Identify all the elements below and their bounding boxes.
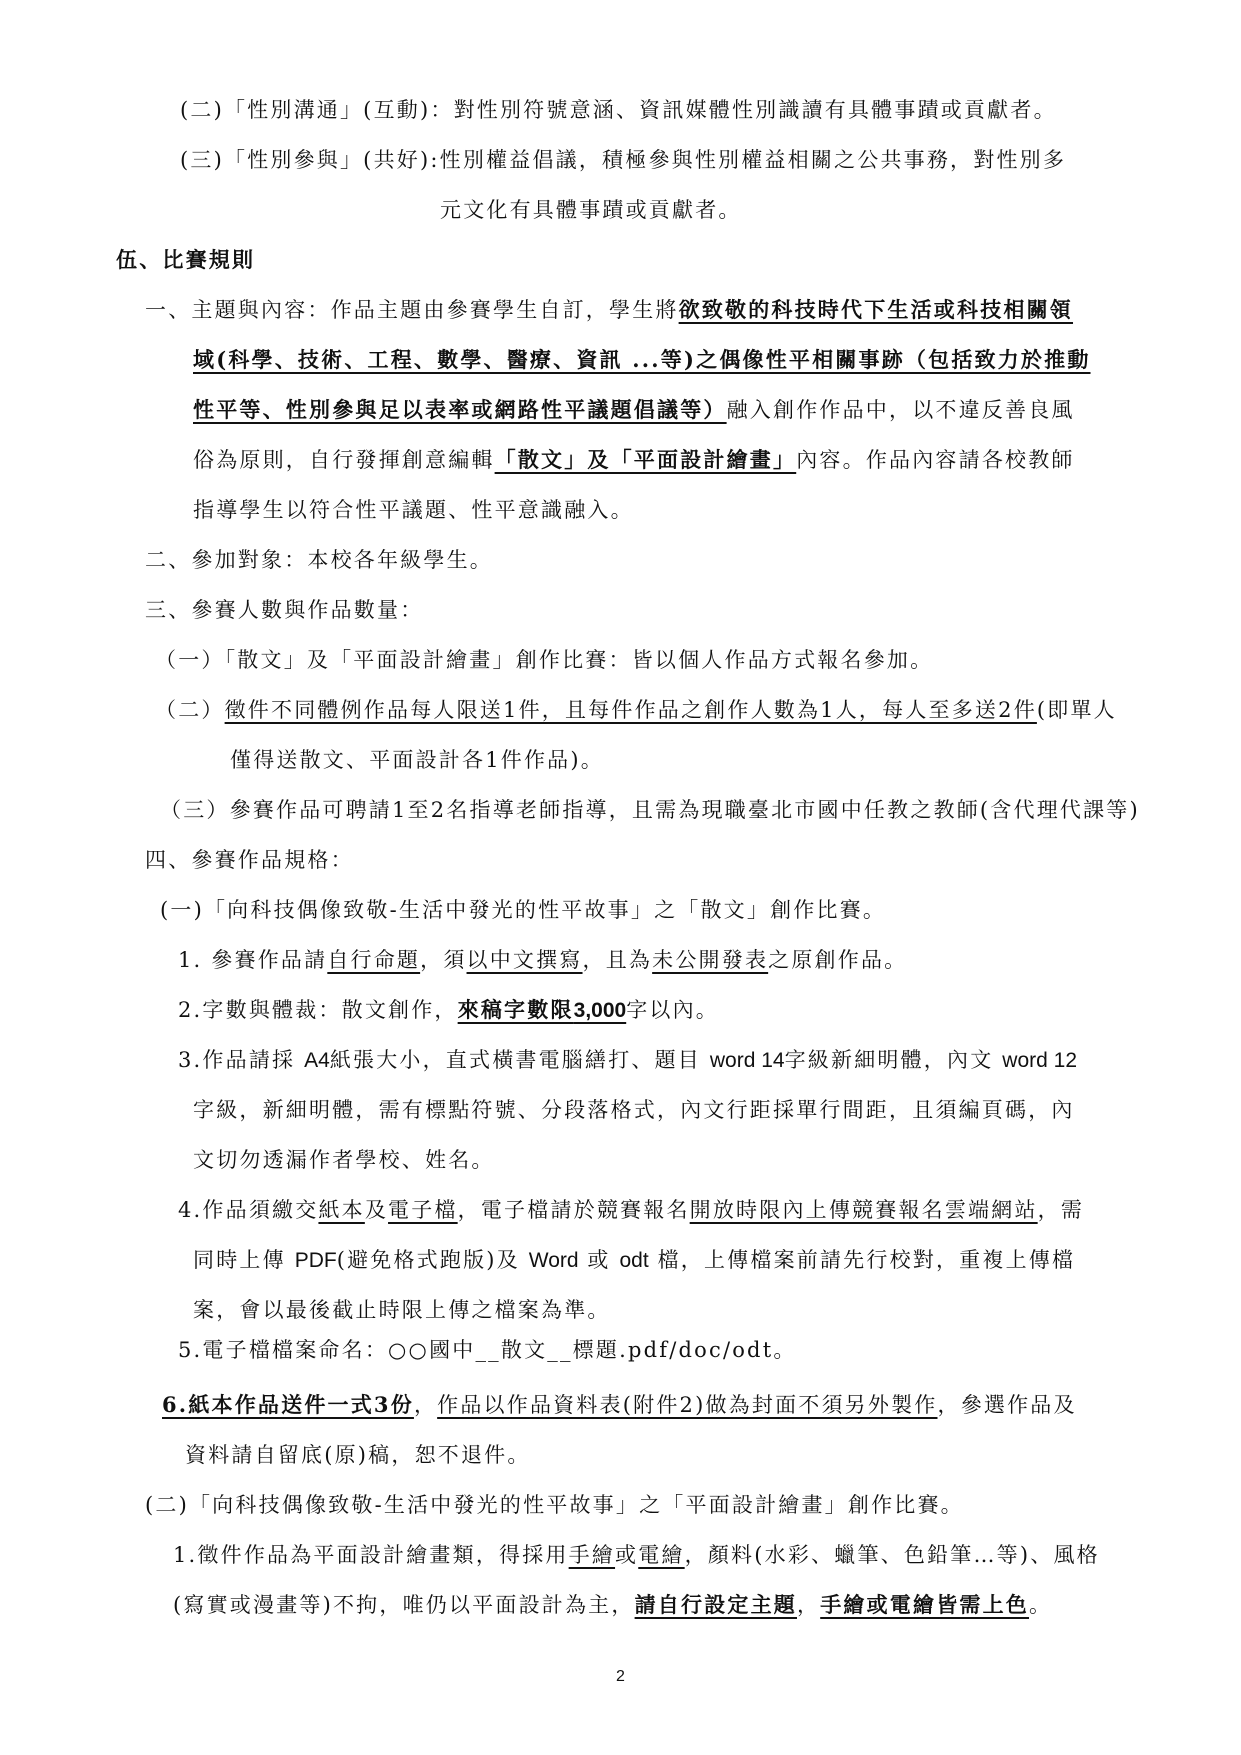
text-run: 1. 參賽作品請 [178,948,327,972]
page-number: 2 [0,1668,1241,1686]
text-run: 3.作品請採 [178,1048,304,1072]
text-run: 紙張大小，直式橫書電腦繕打、題目 [330,1048,710,1072]
text-run: 文切勿透漏作者學校、姓名。 [193,1148,495,1172]
text-line: (三)「性別參與」(共好):性別權益倡議，積極參與性別權益相關之公共事務，對性別… [180,146,1066,174]
text-run: ，且為 [583,948,653,972]
underlined-text: 作品以作品資料表(附件2)做為封面不須另外製作 [437,1393,937,1417]
text-line: 元文化有具體事蹟或貢獻者。 [440,196,742,224]
text-run: 字級新細明體，內文 [785,1048,1003,1072]
underlined-text: 紙本 [318,1198,364,1222]
text-run: 1.徵件作品為平面設計繪畫類，得採用 [173,1543,569,1567]
text-run: 檔，上傳檔案前請先行校對，重複上傳檔 [649,1248,1075,1272]
text-run: word 14 [710,1049,785,1072]
text-line: (二)「向科技偶像致敬-生活中發光的性平故事」之「平面設計繪畫」創作比賽。 [145,1491,964,1519]
text-run: (即單人 [1037,698,1117,722]
text-run: 同時上傳 [193,1248,295,1272]
text-run: 元文化有具體事蹟或貢獻者。 [440,198,742,222]
text-run: （二） [155,698,225,722]
text-line: 四、參賽作品規格： [145,846,354,874]
text-line: 二、參加對象：本校各年級學生。 [145,546,493,574]
text-run: 案，會以最後截止時限上傳之檔案為準。 [193,1298,611,1322]
text-run: 或 [615,1543,638,1567]
text-run: 四、參賽作品規格： [145,848,354,872]
text-run: 僅得送散文、平面設計各1件作品)。 [230,748,604,772]
underlined-text: 以中文撰寫 [467,948,583,972]
underlined-text: 3,000 [574,999,627,1022]
text-run: 俗為原則，自行發揮創意編輯 [193,448,495,472]
text-run: ，須 [420,948,466,972]
underlined-text: 性平等、性別參與足以表率或網路性平議題倡議等） [193,397,727,422]
text-line: 字級，新細明體，需有標點符號、分段落格式，內文行距採單行間距，且須編頁碼，內 [193,1096,1075,1124]
text-run: ， [797,1593,820,1617]
text-run: 伍、比賽規則 [116,247,255,272]
text-run: （一）「散文」及「平面設計繪畫」創作比賽：皆以個人作品方式報名參加。 [155,648,933,672]
text-run: ，參選作品及 [938,1393,1077,1417]
text-run: ，電子檔請於競賽報名 [458,1198,690,1222]
text-run: (避免格式跑版)及 [337,1248,529,1272]
text-line: 3.作品請採 A4紙張大小，直式橫書電腦繕打、題目 word 14字級新細明體，… [178,1046,1077,1075]
text-run: ，顏料(水彩、蠟筆、色鉛筆…等)、風格 [685,1543,1100,1567]
text-run: 融入創作作品中，以不違反善良風 [727,398,1075,422]
underlined-text: 徵件不同體例作品每人限送1件，且每件作品之創作人數為1人，每人至多送2件 [225,698,1037,722]
text-run: 字級，新細明體，需有標點符號、分段落格式，內文行距採單行間距，且須編頁碼，內 [193,1098,1075,1122]
text-line: (一)「向科技偶像致敬-生活中發光的性平故事」之「散文」創作比賽。 [160,896,886,924]
text-run: 指導學生以符合性平議題、性平意識融入。 [193,498,634,522]
underlined-text: 請自行設定主題 [635,1592,797,1617]
text-line: 俗為原則，自行發揮創意編輯「散文」及「平面設計繪畫」內容。作品內容請各校教師 [193,446,1075,474]
text-run: 4.作品須繳交 [178,1198,318,1222]
text-line: （一）「散文」及「平面設計繪畫」創作比賽：皆以個人作品方式報名參加。 [155,646,933,674]
text-run: 5.電子檔檔案命名：○○國中__散文__標題.pdf/doc/odt。 [178,1338,797,1362]
text-line: 域(科學、技術、工程、數學、醫療、資訊 ...等)之偶像性平相關事跡（包括致力於… [193,346,1091,374]
text-run: 之原創作品。 [768,948,907,972]
text-run: (三)「性別參與」(共好):性別權益倡議，積極參與性別權益相關之公共事務，對性別… [180,148,1066,172]
text-line: 案，會以最後截止時限上傳之檔案為準。 [193,1296,611,1324]
underlined-text: 自行命題 [327,948,420,972]
underlined-text: 手繪或電繪皆需上色 [820,1592,1029,1617]
text-run: 。 [1029,1593,1052,1617]
text-line: 三、參賽人數與作品數量： [145,596,423,624]
text-run: ，需 [1038,1198,1084,1222]
text-line: 1. 參賽作品請自行命題，須以中文撰寫，且為未公開發表之原創作品。 [178,946,907,974]
text-line: 同時上傳 PDF(避免格式跑版)及 Word 或 odt 檔，上傳檔案前請先行校… [193,1246,1075,1275]
text-line: 伍、比賽規則 [116,246,255,274]
text-run: 三、參賽人數與作品數量： [145,598,423,622]
text-line: 性平等、性別參與足以表率或網路性平議題倡議等）融入創作作品中，以不違反善良風 [193,396,1075,424]
text-line: 6.紙本作品送件一式3份，作品以作品資料表(附件2)做為封面不須另外製作，參選作… [162,1391,1077,1419]
text-run: 資料請自留底(原)稿，恕不退件。 [185,1443,531,1467]
underlined-text: 未公開發表 [652,948,768,972]
text-line: 文切勿透漏作者學校、姓名。 [193,1146,495,1174]
text-run: (一)「向科技偶像致敬-生活中發光的性平故事」之「散文」創作比賽。 [160,898,886,922]
text-run: Word [529,1249,579,1272]
text-line: 4.作品須繳交紙本及電子檔，電子檔請於競賽報名開放時限內上傳競賽報名雲端網站，需 [178,1196,1084,1224]
text-run: 一、主題與內容：作品主題由參賽學生自訂，學生將 [145,298,679,322]
text-run: A4 [304,1049,330,1072]
text-run: 二、參加對象：本校各年級學生。 [145,548,493,572]
text-line: 5.電子檔檔案命名：○○國中__散文__標題.pdf/doc/odt。 [178,1336,797,1364]
underlined-text: 6.紙本作品送件一式3份 [162,1392,414,1417]
underlined-text: 手繪 [569,1543,615,1567]
text-run: 及 [365,1198,388,1222]
text-line: 資料請自留底(原)稿，恕不退件。 [185,1441,531,1469]
text-run: 內容。作品內容請各校教師 [796,448,1074,472]
text-run: (二)「性別溝通」(互動)：對性別符號意涵、資訊媒體性別識讀有具體事蹟或貢獻者。 [180,98,1057,122]
text-run: (寫實或漫畫等)不拘，唯仍以平面設計為主， [173,1593,635,1617]
text-line: (寫實或漫畫等)不拘，唯仍以平面設計為主，請自行設定主題，手繪或電繪皆需上色。 [173,1591,1052,1619]
underlined-text: 開放時限內上傳競賽報名雲端網站 [690,1198,1038,1222]
text-run: word 12 [1002,1049,1077,1072]
text-run: ， [414,1393,437,1417]
text-run: odt [620,1249,649,1272]
text-line: 指導學生以符合性平議題、性平意識融入。 [193,496,634,524]
text-run: 2.字數與體裁：散文創作， [178,998,458,1022]
text-line: (二)「性別溝通」(互動)：對性別符號意涵、資訊媒體性別識讀有具體事蹟或貢獻者。 [180,96,1057,124]
underlined-text: 電繪 [638,1543,684,1567]
text-line: （三）參賽作品可聘請1至2名指導老師指導，且需為現職臺北市國中任教之教師(含代理… [160,796,1140,824]
underlined-text: 「散文」及「平面設計繪畫」 [495,447,797,472]
text-line: 一、主題與內容：作品主題由參賽學生自訂，學生將欲致敬的科技時代下生活或科技相關領 [145,296,1073,324]
text-line: 僅得送散文、平面設計各1件作品)。 [230,746,604,774]
text-run: PDF [295,1249,337,1272]
underlined-text: 域(科學、技術、工程、數學、醫療、資訊 ...等)之偶像性平相關事跡（包括致力於… [193,347,1091,372]
text-line: 1.徵件作品為平面設計繪畫類，得採用手繪或電繪，顏料(水彩、蠟筆、色鉛筆…等)、… [173,1541,1100,1569]
underlined-text: 來稿字數限 [458,997,574,1022]
text-run: 或 [579,1248,620,1272]
text-run: (二)「向科技偶像致敬-生活中發光的性平故事」之「平面設計繪畫」創作比賽。 [145,1493,964,1517]
underlined-text: 欲致敬的科技時代下生活或科技相關領 [679,297,1073,322]
text-run: （三）參賽作品可聘請1至2名指導老師指導，且需為現職臺北市國中任教之教師(含代理… [160,798,1140,822]
underlined-text: 電子檔 [388,1198,458,1222]
text-run: 字以內。 [626,998,719,1022]
text-line: 2.字數與體裁：散文創作，來稿字數限3,000字以內。 [178,996,719,1025]
text-line: （二）徵件不同體例作品每人限送1件，且每件作品之創作人數為1人，每人至多送2件(… [155,696,1117,724]
